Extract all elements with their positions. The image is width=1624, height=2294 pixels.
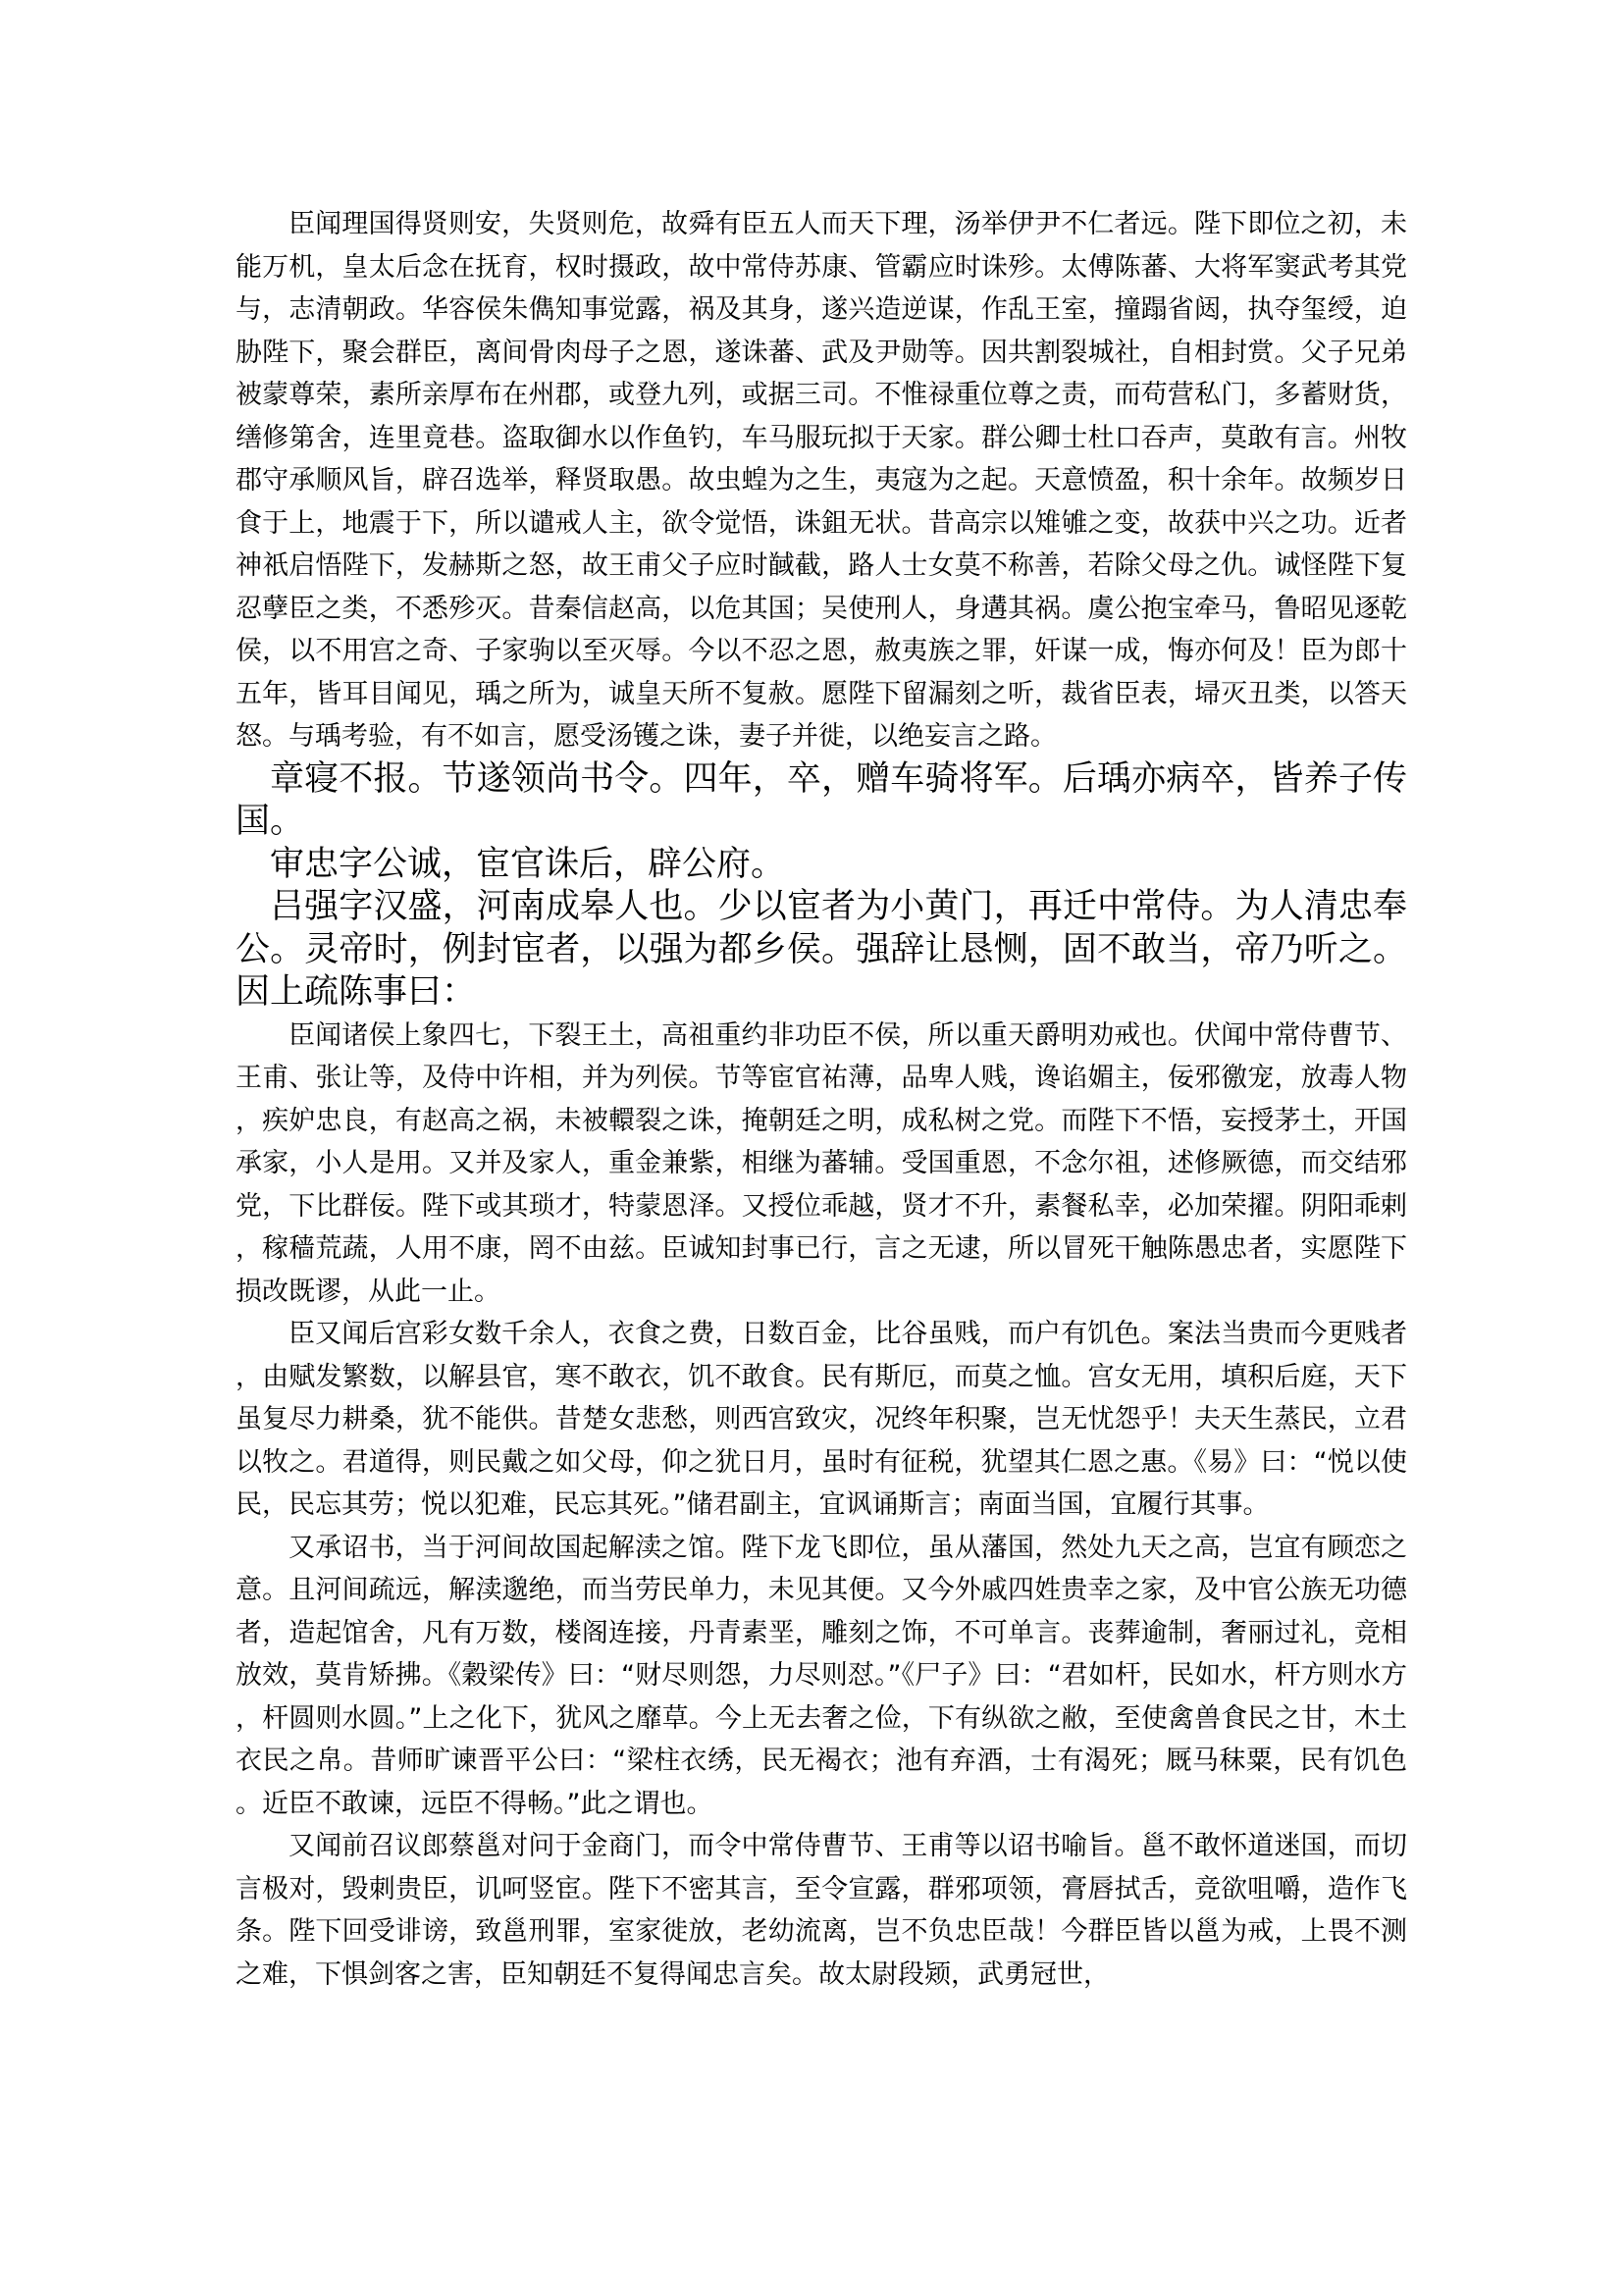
memorial-paragraph-lvqiang-4: 又闻前召议郎蔡邕对问于金商门，而令中常侍曹节、王甫等以诏书喻旨。邕不敢怀道迷国，…: [236, 1825, 1407, 1996]
text-body: 臣闻理国得贤则安，失贤则危，故舜有臣五人而天下理，汤举伊尹不仁者远。陛下即位之初…: [236, 203, 1407, 1996]
document-page: 臣闻理国得贤则安，失贤则危，故舜有臣五人而天下理，汤举伊尹不仁者远。陛下即位之初…: [0, 0, 1624, 2294]
memorial-paragraph-shenzhong: 臣闻理国得贤则安，失贤则危，故舜有臣五人而天下理，汤举伊尹不仁者远。陛下即位之初…: [236, 203, 1407, 758]
memorial-paragraph-lvqiang-2: 臣又闻后宫彩女数千余人，衣食之费，日数百金，比谷虽贱，而户有饥色。案法当贵而今更…: [236, 1313, 1407, 1527]
narrative-paragraph-outcome: 章寝不报。节遂领尚书令。四年，卒，赠车骑将军。后瑀亦病卒，皆养子传国。: [236, 758, 1407, 844]
memorial-paragraph-lvqiang-1: 臣闻诸侯上象四七，下裂王土，高祖重约非功臣不侯，所以重天爵明劝戒也。伏闻中常侍曹…: [236, 1015, 1407, 1314]
narrative-paragraph-lvqiang-bio: 吕强字汉盛，河南成皋人也。少以宦者为小黄门，再迁中常侍。为人清忠奉公。灵帝时，例…: [236, 886, 1407, 1015]
narrative-paragraph-shenzhong-bio: 审忠字公诚，宦官诛后，辟公府。: [236, 844, 1407, 887]
memorial-paragraph-lvqiang-3: 又承诏书，当于河间故国起解渎之馆。陛下龙飞即位，虽从藩国，然处九天之高，岂宜有顾…: [236, 1527, 1407, 1826]
